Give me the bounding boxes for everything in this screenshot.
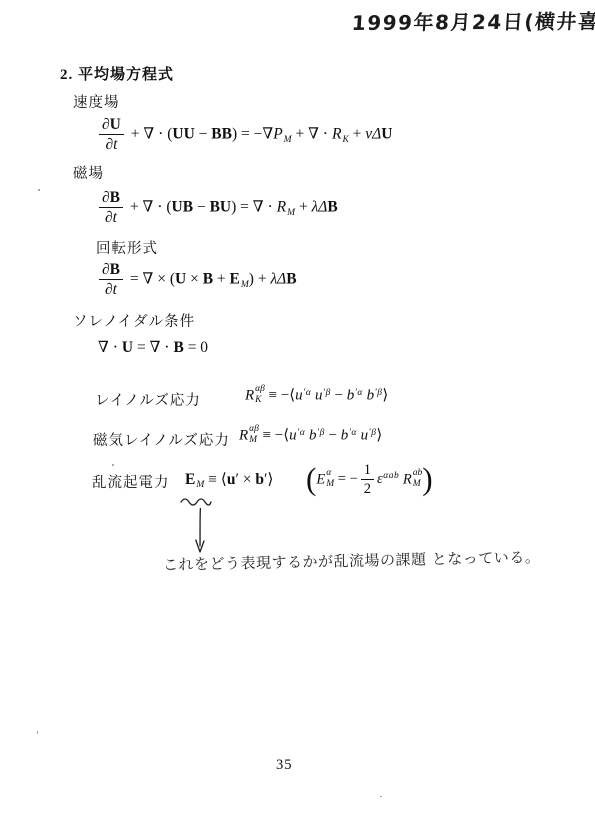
equation-solenoidal-condition: ∇ ⋅ U = ∇ ⋅ B = 0 bbox=[98, 338, 208, 359]
scanned-document-page: { "document": { "date_annotation": "1999… bbox=[0, 0, 595, 820]
down-arrow-icon bbox=[193, 508, 207, 556]
equation-turbulent-emf-component: (EαM = −12εαab RabM) bbox=[306, 462, 433, 497]
math-token: 1 bbox=[364, 462, 371, 478]
math-token: ≡ −⟨ bbox=[265, 387, 295, 403]
fraction: ∂U∂t bbox=[99, 116, 124, 154]
label-solenoidal-condition: ソレノイダル条件 bbox=[73, 310, 195, 331]
math-token: + ∇ ⋅ bbox=[292, 125, 332, 142]
math-token: B bbox=[327, 198, 337, 215]
math-token: + ∇ ⋅ ( bbox=[126, 198, 172, 215]
math-token: αab bbox=[383, 471, 399, 481]
math-token: ∂t bbox=[105, 136, 117, 153]
section-title: 2. 平均場方程式 bbox=[60, 63, 174, 84]
math-token: ) = ∇ ⋅ bbox=[231, 198, 277, 215]
math-token: ∇ ⋅ bbox=[98, 339, 122, 356]
equation-magnetic-field: ∂B∂t + ∇ ⋅ (UB − BU) = ∇ ⋅ RM + λΔB bbox=[96, 189, 338, 227]
label-turbulent-emf: 乱流起電力 bbox=[92, 471, 170, 492]
math-token: u bbox=[311, 387, 322, 403]
math-token: νΔ bbox=[365, 125, 381, 142]
equation-rotational-form: ∂B∂t = ∇ × (U × B + EM) + λΔB bbox=[96, 261, 297, 299]
math-token: U bbox=[175, 270, 186, 287]
scan-speck bbox=[112, 464, 114, 466]
fraction: ∂B∂t bbox=[99, 189, 123, 227]
math-token: ∂t bbox=[105, 209, 117, 226]
math-token: − bbox=[325, 427, 341, 443]
math-token: U bbox=[381, 125, 392, 142]
math-token: UB bbox=[172, 198, 194, 215]
scan-speck bbox=[37, 731, 38, 734]
math-token: ′ × bbox=[235, 471, 255, 488]
math-token: ′α bbox=[349, 428, 357, 438]
math-token: + ∇ ⋅ ( bbox=[127, 125, 173, 142]
math-token: + bbox=[213, 270, 230, 287]
math-token: ε bbox=[377, 471, 383, 487]
numerator: ∂B bbox=[99, 261, 123, 280]
math-token: u bbox=[289, 427, 297, 443]
base: R bbox=[245, 387, 254, 403]
base: R bbox=[403, 471, 412, 487]
superscript: α bbox=[326, 468, 334, 479]
math-token: b bbox=[347, 387, 355, 403]
math-token: ∂ bbox=[102, 116, 110, 133]
math-token: × bbox=[186, 270, 203, 287]
numerator: ∂B bbox=[99, 189, 123, 208]
math-token: ′α bbox=[355, 388, 363, 398]
equation-magnetic-reynolds-stress: RαβM ≡ −⟨u′α b′β − b′α u′β⟩ bbox=[239, 425, 382, 447]
math-token: B bbox=[110, 189, 120, 206]
scan-speck bbox=[380, 796, 382, 797]
numerator: 1 bbox=[361, 462, 374, 480]
math-token: ∂ bbox=[102, 189, 110, 206]
denominator: ∂t bbox=[99, 208, 123, 226]
math-token: − bbox=[193, 198, 210, 215]
math-token: UU bbox=[172, 125, 194, 142]
fraction: 12 bbox=[361, 462, 374, 497]
math-token: λΔ bbox=[270, 270, 286, 287]
math-token: U bbox=[122, 339, 133, 356]
label-magnetic-reynolds-stress: 磁気レイノルズ応力 bbox=[93, 429, 230, 450]
scripted-symbol: RαβK bbox=[245, 385, 265, 407]
superscript: αβ bbox=[249, 424, 259, 435]
math-token: R bbox=[332, 125, 341, 142]
math-token: ≡ ⟨ bbox=[204, 471, 227, 488]
math-token: = ∇ × ( bbox=[126, 270, 175, 287]
math-token: = ∇ ⋅ bbox=[133, 339, 173, 356]
math-token: + bbox=[295, 198, 312, 215]
label-velocity-field: 速度場 bbox=[73, 91, 120, 112]
math-token: ∂t bbox=[105, 281, 117, 298]
date-annotation: 1999年8月24日(横井喜充) bbox=[351, 5, 595, 36]
superscript: ab bbox=[413, 468, 423, 479]
scripts: abM bbox=[413, 468, 423, 490]
math-token: ) = −∇ bbox=[232, 125, 273, 142]
math-token: ′⟩ bbox=[264, 471, 273, 488]
math-token: − bbox=[195, 125, 212, 142]
handwritten-note: これをどう表現するかが乱流場の課題 となっている。 bbox=[163, 546, 541, 575]
math-token: 2 bbox=[364, 481, 371, 497]
math-token: M bbox=[287, 208, 295, 218]
math-token: E bbox=[230, 270, 240, 287]
denominator: ∂t bbox=[99, 135, 124, 153]
equation-velocity-field: ∂U∂t + ∇ ⋅ (UU − BB) = −∇PM + ∇ ⋅ RK + ν… bbox=[96, 116, 392, 154]
base: R bbox=[239, 427, 248, 443]
denominator: ∂t bbox=[99, 280, 123, 298]
label-magnetic-field: 磁場 bbox=[73, 162, 104, 183]
math-token: b bbox=[255, 471, 264, 488]
numerator: ∂U bbox=[99, 116, 124, 135]
wavy-underline-icon bbox=[180, 497, 212, 506]
math-token: ≡ −⟨ bbox=[259, 427, 289, 443]
scripted-symbol: RαβM bbox=[239, 425, 259, 447]
math-token: U bbox=[110, 116, 121, 133]
math-token: ′β bbox=[317, 428, 325, 438]
math-token: B bbox=[173, 339, 183, 356]
scripted-symbol: RabM bbox=[403, 469, 422, 491]
math-token: + bbox=[349, 125, 366, 142]
math-token: λΔ bbox=[312, 198, 328, 215]
superscript: αβ bbox=[255, 384, 265, 395]
label-rotational-form: 回転形式 bbox=[96, 237, 158, 258]
math-token: BB bbox=[211, 125, 232, 142]
subscript: K bbox=[255, 395, 265, 406]
math-token: R bbox=[277, 198, 286, 215]
math-token: ⟩ bbox=[376, 427, 382, 443]
math-token: P bbox=[273, 125, 282, 142]
math-token: − bbox=[331, 387, 347, 403]
math-token: ⟩ bbox=[382, 387, 388, 403]
math-token: B bbox=[203, 270, 213, 287]
math-token: ′β bbox=[323, 388, 331, 398]
subscript: M bbox=[326, 479, 334, 490]
base: E bbox=[316, 471, 325, 487]
equation-reynolds-stress: RαβK ≡ −⟨u′α u′β − b′α b′β⟩ bbox=[245, 385, 388, 407]
math-token: u bbox=[295, 387, 303, 403]
math-token: b bbox=[341, 427, 349, 443]
math-token: BU bbox=[210, 198, 232, 215]
math-token: M bbox=[284, 135, 292, 145]
math-token: ( bbox=[306, 462, 316, 497]
subscript: M bbox=[249, 435, 259, 446]
math-token: ) + bbox=[249, 270, 271, 287]
denominator: 2 bbox=[361, 480, 374, 497]
scripts: αβM bbox=[249, 424, 259, 446]
scripts: αβK bbox=[255, 384, 265, 406]
math-token: ) bbox=[422, 462, 432, 497]
math-token: = 0 bbox=[184, 339, 208, 356]
math-token: M bbox=[241, 280, 249, 290]
math-token: u bbox=[357, 427, 368, 443]
equation-turbulent-emf: EM ≡ ⟨u′ × b′⟩ bbox=[185, 470, 273, 492]
math-token: E bbox=[185, 471, 195, 488]
fraction: ∂B∂t bbox=[99, 261, 123, 299]
math-token: b bbox=[305, 427, 316, 443]
page-number: 35 bbox=[276, 757, 293, 774]
scripted-symbol: EαM bbox=[316, 469, 334, 491]
subscript: M bbox=[413, 479, 423, 490]
scripts: αM bbox=[326, 468, 334, 490]
math-token: b bbox=[363, 387, 374, 403]
label-reynolds-stress: レイノルズ応力 bbox=[95, 389, 201, 410]
math-token: B bbox=[286, 270, 296, 287]
math-token: B bbox=[110, 261, 120, 278]
math-token: = − bbox=[334, 471, 358, 487]
math-token: ∂ bbox=[102, 261, 110, 278]
scan-speck bbox=[38, 189, 40, 191]
